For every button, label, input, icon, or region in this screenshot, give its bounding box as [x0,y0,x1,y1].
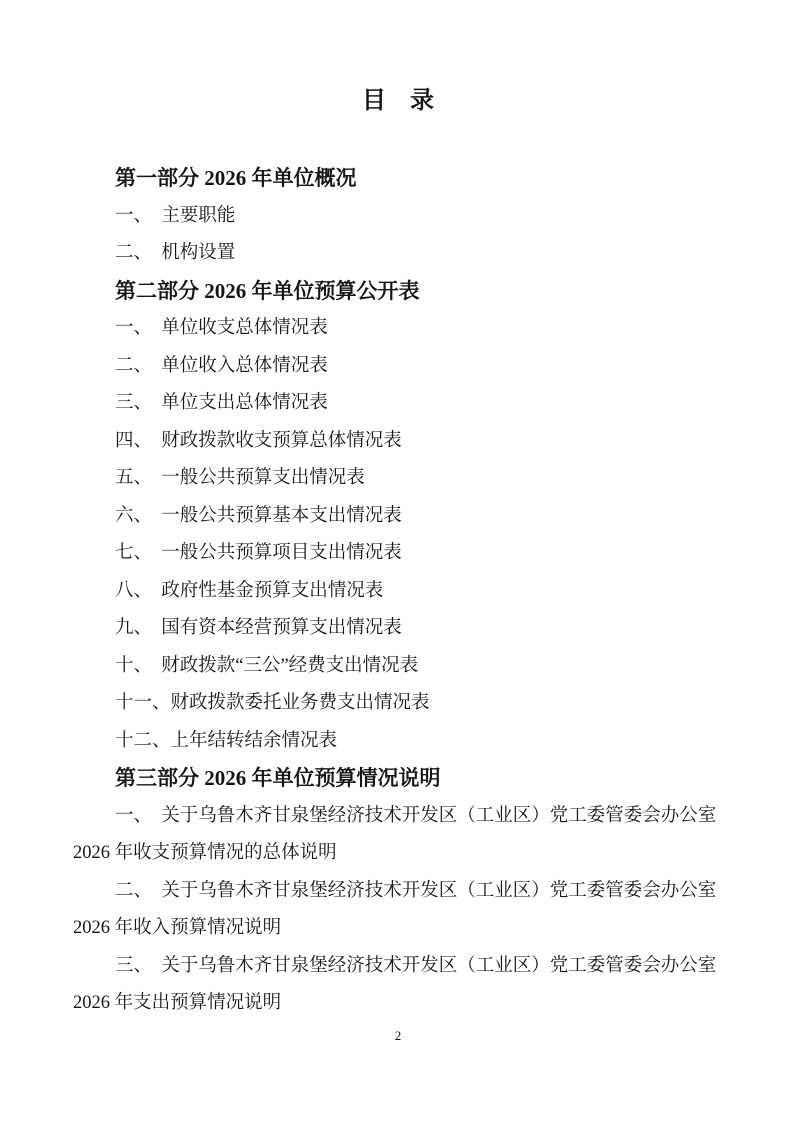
toc-item: 七、 一般公共预算项目支出情况表 [73,535,723,573]
toc-item: 三、 单位支出总体情况表 [73,385,723,423]
page-title: 目 录 [73,82,723,120]
section-heading: 第三部分 2026 年单位预算情况说明 [73,760,723,798]
section-heading: 第二部分 2026 年单位预算公开表 [73,273,723,311]
toc-item: 十、 财政拨款“三公”经费支出情况表 [73,648,723,686]
toc-section-2: 第二部分 2026 年单位预算公开表 一、 单位收支总体情况表 二、 单位收入总… [73,273,723,761]
toc-item: 四、 财政拨款收支预算总体情况表 [73,423,723,461]
toc-item: 六、 一般公共预算基本支出情况表 [73,498,723,536]
toc-item: 一、 主要职能 [73,198,723,236]
toc-item: 九、 国有资本经营预算支出情况表 [73,610,723,648]
toc-item-continuation: 2026 年收入预算情况说明 [73,910,723,948]
toc-item: 二、 单位收入总体情况表 [73,348,723,386]
toc-item: 二、 机构设置 [73,235,723,273]
toc-item-continuation: 2026 年收支预算情况的总体说明 [73,835,723,873]
document-page: 目 录 第一部分 2026 年单位概况 一、 主要职能 二、 机构设置 第二部分… [0,0,793,1122]
toc-item: 十一、财政拨款委托业务费支出情况表 [73,685,723,723]
toc-item: 五、 一般公共预算支出情况表 [73,460,723,498]
toc-item: 一、 关于乌鲁木齐甘泉堡经济技术开发区（工业区）党工委管委会办公室 [73,798,723,836]
section-heading: 第一部分 2026 年单位概况 [73,160,723,198]
toc-section-1: 第一部分 2026 年单位概况 一、 主要职能 二、 机构设置 [73,160,723,273]
toc-item: 八、 政府性基金预算支出情况表 [73,573,723,611]
toc-item: 三、 关于乌鲁木齐甘泉堡经济技术开发区（工业区）党工委管委会办公室 [73,948,723,986]
toc-item-continuation: 2026 年支出预算情况说明 [73,985,723,1023]
page-number: 2 [73,1028,723,1044]
toc-item: 十二、上年结转结余情况表 [73,723,723,761]
toc-item: 二、 关于乌鲁木齐甘泉堡经济技术开发区（工业区）党工委管委会办公室 [73,873,723,911]
toc-section-3: 第三部分 2026 年单位预算情况说明 一、 关于乌鲁木齐甘泉堡经济技术开发区（… [73,760,723,1023]
toc-item: 一、 单位收支总体情况表 [73,310,723,348]
